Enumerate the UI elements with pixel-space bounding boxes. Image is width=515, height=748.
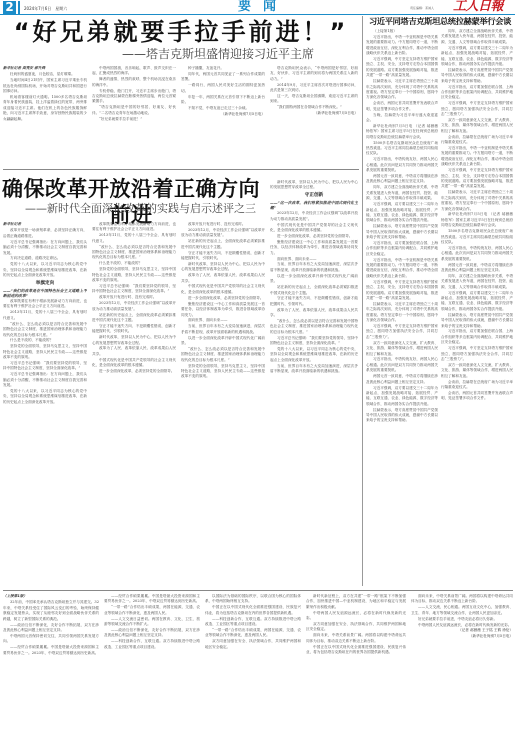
section-heading: 举旗定向 <box>3 281 87 288</box>
paragraph: 党的十八大以来，以习近平同志为核心的党中央，坚持以全局观念和系统思维谋划推进改革… <box>3 389 87 405</box>
newspaper-logo: 工人日報 <box>453 0 503 14</box>
paragraph: 面向世界、面向未来—— <box>181 318 265 323</box>
paragraph: “好兄弟就要手拉手前进！” <box>92 117 176 122</box>
paragraph: “改什么、怎么改必须以是否符合完善和发展中国特色社会主义制度、推进国家治理体系和… <box>270 319 358 335</box>
paragraph: 拉赫蒙表示，塔方高度赞赏中国共产党领导中国人民取得的伟大成就，感谢中方长期以来给… <box>366 408 438 424</box>
paragraph: 同年，双方建立全面战略伙伴关系，中塔关系发展进入快车道，两国在经贸、投资、能源、… <box>366 185 438 201</box>
paragraph: 32年前，中国率先承认塔吉克斯坦独立并与其建交。32年来，中塔关系经受住了国际风… <box>3 600 99 622</box>
paragraph: “塔吉克斯坦是中国的好邻居、好朋友、好伙伴。”二名塔吉克青年在场激动地说。 <box>92 105 176 116</box>
paragraph: 双方同意加强在安全、执法领域合作，共同维护两国和地区安全稳定。 <box>306 622 406 633</box>
lead-column-1: 新华社记者 高秀安 郝升舜 杜尚别的盛夏夜，月色皎洁，星灯璀璨。 当地时间4日2… <box>3 66 87 166</box>
paragraph: 1500多名塔吉克斯坦民众在总统府广场热烈欢迎。习近平主席同拉赫蒙总统共同检阅仪… <box>441 229 513 245</box>
paragraph: 习近平强调，中方坚定支持塔方维护国家独立、主权、安全，支持塔方走符合本国国情的发… <box>366 57 438 79</box>
paragraph: 改革为了人民、改革依靠人民、改革成果由人民共享。 <box>270 308 358 319</box>
paragraph: 习近平强调，中方坚定支持塔方维护国家独立，愿同塔方加强执法安全合作，共同打击“三… <box>441 346 513 362</box>
paragraph: 种子播撒，友谊花开。 <box>181 66 265 71</box>
paragraph: 改革既要往有利于增添发展新动力方向前进，也要往有利于维护社会公平正义方向前进。 <box>92 222 176 233</box>
paragraph: 习近平强调，中方坚定支持塔方维护国家独立，愿同塔方加强执法安全合作，共同打击“三… <box>441 101 513 117</box>
paragraph: 改革既要往有利于增添发展新动力方向前进，也要往有利于维护社会公平正义方向前进。 <box>3 299 87 310</box>
paragraph: “一带一路”合作结出丰硕成果，两国在能源、交通、农业等领域合作不断深化，惠及两国… <box>205 628 301 639</box>
paragraph: 专机停稳，舱门打开，习近平主席步出舱门，塔吉克斯坦总统拉赫蒙在舷梯旁热情迎接，两… <box>92 89 176 105</box>
paragraph: 中塔两国元首保持密切交往，共同引领两国关系发展方向。 <box>3 634 99 645</box>
paragraph: 舞者的盛情，热烈的欢呼，整个机场沉浸在欢乐的海洋中。 <box>92 77 176 88</box>
paragraph: 党的十八大以来，以习近平同志为核心的党中央，坚持以全局观念和系统思维谋划推进改革… <box>3 262 87 278</box>
paragraph: 会谈后，两国元首共同签署并发表联合声明，见证签署多项合作文件。 <box>366 101 438 112</box>
paragraph: 改革开放只有进行时、没有完成时。 <box>92 295 176 300</box>
bottom-column-1: （上接第1版） 32年前，中国率先承认塔吉克斯坦独立并与其建交。32年来，中塔关… <box>3 594 99 746</box>
paragraph: 同年，双方建立全面战略伙伴关系，中塔关系发展进入快车道，两国在经贸、投资、能源、… <box>441 29 513 45</box>
paragraph: 2023年12月，中央经济工作会议强调“以改革开放为动力推动高质量发展”。 <box>181 228 265 239</box>
paragraph: 中国正在以中国式现代化全面推进强国建设、民族复兴伟业，将为包括塔吉克斯坦在内的世… <box>205 605 301 616</box>
paragraph: 习近平指出，双方要加强在联合国、上海合作组织等多边框架内协调配合，共同维护地区安… <box>441 85 513 101</box>
paragraph: 守正才能不迷失方向、不犯颠覆性错误，创新才能把握时代、引领时代。 <box>181 251 265 262</box>
paragraph: 新华社杜尚别7月5日电 （记者 郝薇薇 杨依军）国家主席习近平5日在杜尚别总统府… <box>441 212 513 228</box>
paragraph: ——政治互信不断深化，友好合作不断拓展，双方在涉及彼此核心利益问题上相互坚定支持… <box>104 628 200 639</box>
paragraph: 以国际法为基础的国际秩序，以联合国为核心的国际体系，中塔两国始终相互支持。 <box>205 594 301 605</box>
second-column-4: 新时代改革，坚持以人民为中心，把以人民为中心的发展思想贯穿改革全过程。 守正创新… <box>270 180 358 587</box>
paragraph: 2013年11月，党的十八届三中全会，具有划时代意义。 <box>92 233 176 244</box>
paragraph: 拉赫蒙表示，习近平主席在塔独立三十周年之际再次到访，充分体现了对塔中关系的高度重… <box>441 190 513 212</box>
paragraph: ——科技创新合作，互联互通。双方持续推进中塔公路改造、工业园区等重点项目建设。 <box>205 617 301 628</box>
paragraph: 习近平指出，中塔传统友好，两国人民心心相通。此次访问是双方共同努力推动两国关系发… <box>441 246 513 262</box>
paragraph: 习近平强调，双方要以建交三十二周年为新起点，加强发展战略对接，拓展经贸、产能、互… <box>366 386 438 408</box>
paragraph: 习近平总书记强调：“我们要坚持党的领导，坚持中国特色社会主义制度，坚持全面深化改… <box>270 336 358 347</box>
second-column-2: 改革既要往有利于增添发展新动力方向前进，也要往有利于维护社会公平正义方向前进。 … <box>92 222 176 587</box>
paragraph: 中塔两国国旗，音乐响起，歌声、鼓声交织在一起，汇聚成热烈的海洋。 <box>92 66 176 77</box>
paragraph: 坚持党的全面领导，坚持马克思主义，坚持中国特色社会主义道路，坚持人民民主专政——… <box>181 364 265 380</box>
paragraph: 中塔两国人民友谊源远流长，必将在新时代焕发新的光彩。 <box>306 611 406 622</box>
paragraph: 当前，世界百年未有之大变局加速演进，深层次矛盾不断显现，改革开放面临新的机遇和挑… <box>270 364 358 375</box>
paragraph: 双方同意加强在安全、执法领域合作，共同维护两国和地区安全稳定。 <box>205 639 301 650</box>
paragraph: 习近平指出，中塔传统友好，两国人民心心相通。此次访问是双方共同努力推动两国关系发… <box>366 357 438 373</box>
paragraph: 进一步全面深化改革，必须坚持党的全面领导。 <box>270 234 358 239</box>
paragraph: 当前，世界百年未有之大变局加速演进，深层次矛盾不断显现，改革开放面临新的机遇和挑… <box>181 324 265 335</box>
bottom-column-2: ——经贸合作硕果累累。中国是塔最大投资来源国和主要贸易伙伴之一。2023年，中塔… <box>104 594 200 746</box>
lead-byline: 新华社记者 高秀安 郝升舜 <box>3 66 87 71</box>
paragraph: 不知不觉，中塔友谊已走过三十余载。 <box>181 106 265 111</box>
paragraph: ——政治互信不断深化，友好合作不断拓展，双方在涉及彼此核心利益问题上相互坚定支持… <box>3 623 99 634</box>
lead-subheadline: ——塔吉克斯坦盛情迎接习近平主席 <box>0 47 362 61</box>
paragraph: 党的十八大以来，以习近平同志为核心的党中央，坚持以全局观念和系统思维谋划推进改革… <box>270 347 358 363</box>
paragraph: 改革为了人民、改革依靠人民、改革成果由人民共享。 <box>92 346 176 357</box>
paragraph: 会谈后，两国元首共同签署并发表联合声明，见证签署多项合作文件。 <box>441 391 513 402</box>
side-headline: 习近平同塔吉克斯坦总统拉赫蒙举行会谈 <box>365 16 515 26</box>
paragraph: 新时代改革，坚持以人民为中心，把以人民为中心的发展思想贯穿改革全过程。 <box>92 335 176 346</box>
paragraph: 习近平强调，中方坚定支持塔方维护国家独立、主权、安全，支持塔方走符合本国国情的发… <box>441 168 513 190</box>
paragraph: 习近平强调，双方要以建交三十二周年为新起点，加强发展战略对接，拓展经贸、产能、互… <box>441 46 513 68</box>
paragraph: 一路同行，两国人民对美好生活的期待更加热切。 <box>181 83 265 94</box>
paragraph: 面向未来，中塔关系前景广阔。两国将以构建中塔命运共同体为目标，推动双边关系不断迈… <box>411 594 513 605</box>
paragraph: 什么是不改的、不能改的？ <box>3 338 87 343</box>
paragraph: ——人文交流日益密切。两国在教育、文化、卫生、旅游等领域交流合作不断扩大。 <box>104 617 200 628</box>
paragraph: 当前，世界百年未有之大变局加速演进，深层次矛盾不断显现，改革开放面临新的机遇和挑… <box>270 262 358 273</box>
paragraph: 进一步全面深化改革，必须坚持党的全面领导。 <box>181 296 265 301</box>
paragraph: 2023年12月，中央经济工作会议强调“以改革开放为动力推动高质量发展”。 <box>270 211 358 222</box>
paragraph: 2013年11月，党的十八届三中全会，具有划时代意义。 <box>3 310 87 321</box>
paragraph: 会谈前，拉赫蒙在总统府广场为习近平举行隆重欢迎仪式。 <box>441 135 513 146</box>
dateline-signature: （新华社杜尚别7月5日电） <box>270 111 358 116</box>
section-heading: 守正创新 <box>270 193 358 200</box>
paragraph: 机场湾客楼前灯火通明。1500多名塔吉克斯坦青年身着民族盛装，挂上洋溢着绿红的宽… <box>3 95 87 122</box>
paragraph: 站在新的历史起点上，全面深化改革必须紧扣推进中国式现代化这个主题。 <box>92 313 176 324</box>
paragraph: “改什么、怎么改必须以是否符合完善和发展中国特色社会主义制度、推进国家治理体系和… <box>92 245 176 261</box>
paragraph: 习近平指出，中塔一中亚机制是中塔关系发展的重要推动力。中方愿同塔方一道，不断增进… <box>366 258 438 280</box>
paragraph: 中国式现代化是中国共产党领导的社会主义现代化，是全面深化改革的根本遵循。 <box>92 358 176 369</box>
second-column-1: 新华社记者 改革开放是一场深刻革命，必须坚持正确方向，沿着正确道路推进。 习近平… <box>3 222 87 587</box>
paragraph: ——经贸合作硕果累累。中国是塔最大投资来源国和主要贸易伙伴之一。2023年，中塔… <box>104 594 200 605</box>
paragraph: 新时代改革，坚持以人民为中心，把以人民为中心的发展思想贯穿改革全过程。 <box>270 180 358 191</box>
page-number-bar <box>18 1 20 14</box>
paragraph: 习近平强调，双方要以建交三十二周年为新起点，加强发展战略对接，拓展经贸、产能、互… <box>441 291 513 313</box>
paragraph: 什么是不改的、不能改的？ <box>92 261 176 266</box>
paragraph: 双方一致同意深化人文交流，扩大教育、文化、旅游、媒体等领域合作，增进两国人民相互… <box>441 363 513 379</box>
paragraph: ——科技创新合作，互联互通。双方持续推进中塔公路改造、工业园区等重点项目建设。 <box>104 639 200 650</box>
side-column-2: 同年，双方建立全面战略伙伴关系，中塔关系发展进入快车道，两国在经贸、投资、能源、… <box>441 29 513 585</box>
paragraph: 年复一年，两国关系在元首引领下不断迈上新台阶。 <box>181 95 265 106</box>
paragraph: 习近平强调，中方坚定支持塔方维护国家独立、主权、安全，支持塔方走符合本国国情的发… <box>366 280 438 302</box>
paragraph: 守正才能不迷失方向、不犯颠覆性错误，创新才能把握时代、引领时代。 <box>92 324 176 335</box>
bottom-column-5: 面向未来，中塔关系前景广阔。两国将以构建中塔命运共同体为目标，推动双边关系不断迈… <box>411 594 513 746</box>
paragraph: “改什么、怎么改必须以是否符合完善和发展中国特色社会主义制度、推进国家治理体系和… <box>3 322 87 338</box>
paragraph: 习近平指出，中塔传统友好，两国人民心心相通。此次访问是双方共同努力推动两国关系发… <box>366 157 438 173</box>
paragraph: 聚焦经济建设这一中心工作和高质量发展这一首要任务，以经济体制改革为牵引，推进各领… <box>181 302 265 318</box>
paragraph: 坚持党的全面领导，坚持马克思主义，坚持中国特色社会主义道路，坚持人民民主专政——… <box>92 267 176 283</box>
bottom-divider <box>3 590 513 591</box>
dateline-signature: （新华社杜尚别7月5日电） <box>181 112 265 117</box>
section-subheading: ——“我们的改革是在中国特色社会主义道路上不断前进的改革” <box>3 288 87 298</box>
paragraph: 守正才能不迷失方向、不犯颠覆性错误，创新才能把握时代、引领时代。 <box>270 296 358 307</box>
lead-column-3: 种子播撒，友谊花开。 同年代，两国元首共同见证了一系列合作成果的签署。 一路同行… <box>181 66 265 166</box>
paragraph: “改什么、怎么改必须以是否符合完善和发展中国特色社会主义制度、推进国家治理体系和… <box>181 347 265 363</box>
paragraph: 当晚，拉赫蒙为习近平举行盛大欢迎宴会。 <box>366 113 438 124</box>
paragraph: “一带一路”合作结出丰硕成果，两国在能源、交通、农业等领域合作不断深化，惠及两国… <box>104 605 200 616</box>
paragraph: 1500多名塔吉克斯坦民众在总统府广场热烈欢迎。习近平主席同拉赫蒙总统共同检阅仪… <box>366 141 438 157</box>
responsible-editor: 责任编辑：邓诚人 <box>410 6 434 10</box>
lead-column-4: 塔吉克斯坦民众表示，“中塔两国是好邻居、好朋友、好伙伴，习近平主席的到访将为两国… <box>270 66 358 166</box>
masthead-rule <box>0 14 515 15</box>
paragraph: 中国正在以中国式现代化全面推进强国建设、民族复兴伟业，将为包括塔吉克斯坦在内的世… <box>306 645 406 656</box>
paragraph: “我们期待两国在各领域合作不断深化。” <box>270 105 358 110</box>
masthead: 2 2024年7月6日 星期六 要闻 责任编辑：邓诚人 工人日報 <box>0 0 515 14</box>
lead-column-2: 中塔两国国旗，音乐响起，歌声、鼓声交织在一起，汇聚成热烈的海洋。 舞者的盛情，热… <box>92 66 176 166</box>
paragraph: 坚持党的全面领导，坚持马克思主义，坚持中国特色社会主义道路，坚持人民民主专政——… <box>3 344 87 360</box>
paragraph: 2014年9月，习近平主席首次对塔进行国事访问，此次是第三次到访。 <box>270 83 358 94</box>
paragraph: 站在新的历史起点上，全面深化改革必须紧扣推进中国式现代化这个主题。 <box>181 239 265 250</box>
paragraph: 中国式现代化是中国共产党领导的社会主义现代化，是全面深化改革的根本遵循。 <box>270 223 358 234</box>
paragraph: 拉赫蒙表示，塔方高度赞赏中国共产党领导中国人民取得的伟大成就，感谢中方长期以来给… <box>366 224 438 240</box>
paragraph: 新华社杜尚别7月5日电 （记者 郝薇薇 杨依军）国家主席习近平5日在杜尚别总统府… <box>366 124 438 140</box>
paragraph: ——经贸合作硕果累累。中国是塔最大投资来源国和主要贸易伙伴之一。2023年，中塔… <box>3 645 99 656</box>
paragraph: 新时代新征程上，双方在共建“一带一路”框架下不断加强合作，加快推进中国—中亚机制… <box>306 594 406 610</box>
paragraph: 习近平总书记强调：“我们要坚持党的领导，坚持中国特色社会主义制度，坚持全面深化改… <box>92 284 176 295</box>
paragraph: 习近平强调，双方要以建交三十二周年为新起点，加强发展战略对接，拓展经贸、产能、互… <box>366 202 438 224</box>
column-divider <box>362 16 363 586</box>
paragraph: 改革开放是一场深刻革命，必须坚持正确方向，沿着正确道路推进。 <box>3 228 87 239</box>
issue-date: 2024年7月6日 星期六 <box>24 6 67 11</box>
paragraph: ——人文交流，民心相通。两国互设文化中心，加强教育、卫生、青年、地方等领域交流合… <box>411 605 513 616</box>
dateline-signature: （新华社杜尚别7月5日电） <box>411 634 513 639</box>
paragraph: 习近平指出，中塔一中亚机制是中塔关系发展的重要推动力。中方愿同塔方一道，不断增进… <box>441 146 513 168</box>
paragraph: 改革开放只有进行时、没有完成时。 <box>181 222 265 227</box>
paragraph: 2023年12月，中央经济工作会议强调“以改革开放为动力推动高质量发展”。 <box>92 301 176 312</box>
paragraph: 拉赫蒙表示，塔方高度赞赏中国共产党领导中国人民取得的伟大成就，感谢中方长期以来给… <box>441 68 513 84</box>
paragraph: 两国元首一致同意，中塔双方将继续在涉及彼此核心利益问题上相互坚定支持。 <box>366 174 438 185</box>
lead-headline: “好兄弟就要手拉手前进！” <box>0 18 362 46</box>
paragraph: 同年代，两国元首共同见证了一系列合作成果的签署。 <box>181 72 265 83</box>
paragraph: 双方一致同意深化人文交流，扩大教育、文化、旅游、媒体等领域合作，增进两国人民相互… <box>441 118 513 134</box>
paragraph: 习近平总书记强调指出：在方向问题上，我们头脑必须十分清醒，不断推动社会主义制度自… <box>3 372 87 388</box>
paragraph: 面向未来，中塔关系前景广阔。两国将以构建中塔命运共同体为目标，推动双边关系不断迈… <box>306 633 406 644</box>
paragraph: 以进一步全面深化改革开辟中国式现代化广阔前景。 <box>181 336 265 347</box>
paragraph: 进一步全面深化改革，必须坚持党的全面领导。 <box>92 369 176 374</box>
second-subheadline: ——新时代全面深化改革的实践与启示述评之三 <box>0 202 262 215</box>
paragraph: 这一天，塔吉克斯坦全国沸腾，欢迎习近平主席的到来。 <box>270 94 358 105</box>
side-column-1: （上接第1版） 习近平指出，中塔一中亚机制是中塔关系发展的重要推动力。中方愿同塔… <box>366 29 438 585</box>
paragraph: 中国式现代化是中国共产党领导的社会主义现代化，是全面深化改革的根本遵循。 <box>181 284 265 295</box>
paragraph: 拉赫蒙表示，习近平主席在塔独立三十周年之际再次到访，充分体现了对塔中关系的高度重… <box>366 302 438 324</box>
paragraph: 习近平总书记强调指出：在方向问题上，我们头脑必须十分清醒，不断推动社会主义制度自… <box>3 240 87 256</box>
paragraph: 杜尚别的盛夏夜，月色皎洁，星灯璀璨。 <box>3 72 87 77</box>
paragraph: 以进一步全面深化改革开辟中国式现代化广阔前景。 <box>270 274 358 285</box>
paragraph: 习近平指出，双方要加强在联合国、上海合作组织等多边框架内协调配合，共同维护地区安… <box>441 329 513 345</box>
bottom-column-4: 新时代新征程上，双方在共建“一带一路”框架下不断加强合作，加快推进中国—中亚机制… <box>306 594 406 746</box>
bottom-column-3: 以国际法为基础的国际秩序，以联合国为核心的国际体系，中塔两国始终相互支持。 中国… <box>205 594 301 746</box>
paragraph: 塔吉克斯坦民众表示，“中塔两国是好邻居、好朋友、好伙伴，习近平主席的到访将为两国… <box>270 66 358 82</box>
section-title: 要闻 <box>238 0 288 14</box>
paragraph: 改革为了人民、改革依靠人民、改革成果由人民共享。 <box>181 273 265 284</box>
paragraph: （上接第1版） <box>366 29 438 34</box>
section-subheading: ——“这一次改革，我们将紧扣推进中国式现代化主题” <box>270 200 358 210</box>
paragraph: 当地时间4日21时许，国家主席习近平乘坐专机抵达杜尚别国际机场，开始对塔吉克斯坦… <box>3 78 87 94</box>
section-divider <box>3 169 359 170</box>
paragraph: 站在新的历史起点上，全面深化改革必须紧扣推进中国式现代化这个主题。 <box>270 285 358 296</box>
paragraph: 两国元首一致同意，中塔双方将继续在涉及彼此核心利益问题上相互坚定支持。 <box>366 374 438 385</box>
second-column-3: 改革开放只有进行时、没有完成时。 2023年12月，中央经济工作会议强调“以改革… <box>181 222 265 587</box>
page-number: 2 <box>3 1 16 14</box>
paragraph: 拉赫蒙表示，习近平主席在塔独立三十周年之际再次到访，充分体现了对塔中关系的高度重… <box>366 79 438 101</box>
continued-label: （上接第1版） <box>3 594 99 599</box>
paragraph: 习近平强调，中方坚定支持塔方维护国家独立，愿同塔方加强执法安全合作，共同打击“三… <box>366 324 438 340</box>
paragraph: 聚焦经济建设这一中心工作和高质量发展这一首要任务，以经济体制改革为牵引，推进各领… <box>270 240 358 256</box>
paragraph: 习近平总书记强调：“我们要坚持党的领导，坚持中国特色社会主义制度，坚持全面深化改… <box>3 361 87 372</box>
paragraph: 习近平指出，中塔一中亚机制是中塔关系发展的重要推动力。中方愿同塔方一道，不断增进… <box>366 35 438 57</box>
paragraph: 好兄弟就要手拉手前进，中塔友谊必将历久弥新。 <box>411 617 513 622</box>
paragraph: 双方一致同意深化人文交流，扩大教育、文化、旅游、媒体等领域合作，增进两国人民相互… <box>366 341 438 357</box>
paragraph: 拉赫蒙表示，塔方高度赞赏中国共产党领导中国人民取得的伟大成就，感谢中方长期以来给… <box>441 313 513 329</box>
second-byline: 新华社记者 <box>3 222 87 227</box>
paragraph: 会谈前，拉赫蒙在总统府广场为习近平举行隆重欢迎仪式。 <box>441 380 513 391</box>
paragraph: 同年，双方建立全面战略伙伴关系，中塔关系发展进入快车道，两国在经贸、投资、能源、… <box>441 274 513 290</box>
paragraph: 两国元首一致同意，中塔双方将继续在涉及彼此核心利益问题上相互坚定支持。 <box>441 263 513 274</box>
paragraph: 习近平指出，双方要加强在联合国、上海合作组织等多边框架内协调配合，共同维护地区安… <box>366 241 438 257</box>
paragraph: 新时代改革，坚持以人民为中心，把以人民为中心的发展思想贯穿改革全过程。 <box>181 262 265 273</box>
